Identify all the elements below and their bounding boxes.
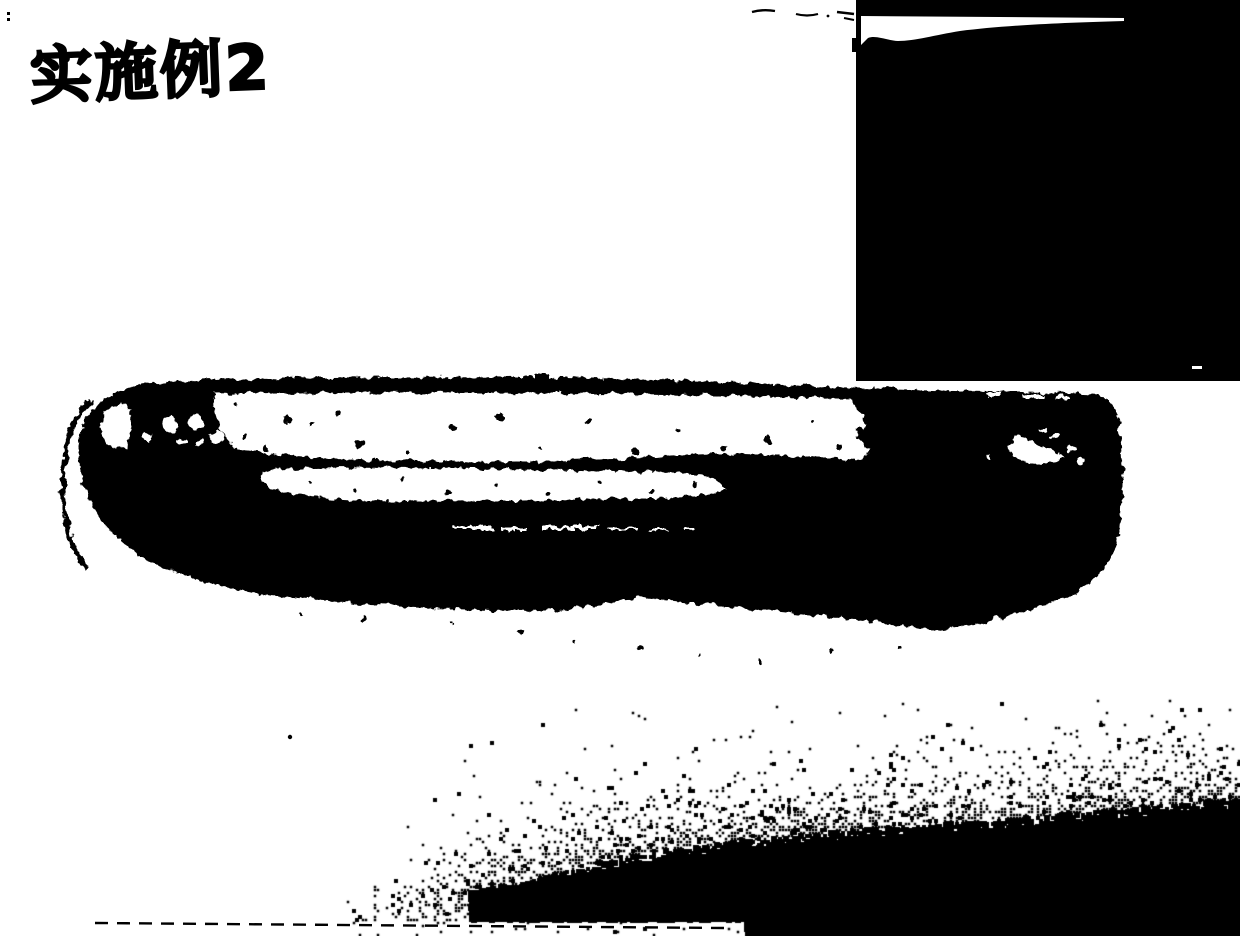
shadow-noise-canvas [0, 0, 1240, 936]
patent-figure-page: 实施例2 [0, 0, 1240, 936]
